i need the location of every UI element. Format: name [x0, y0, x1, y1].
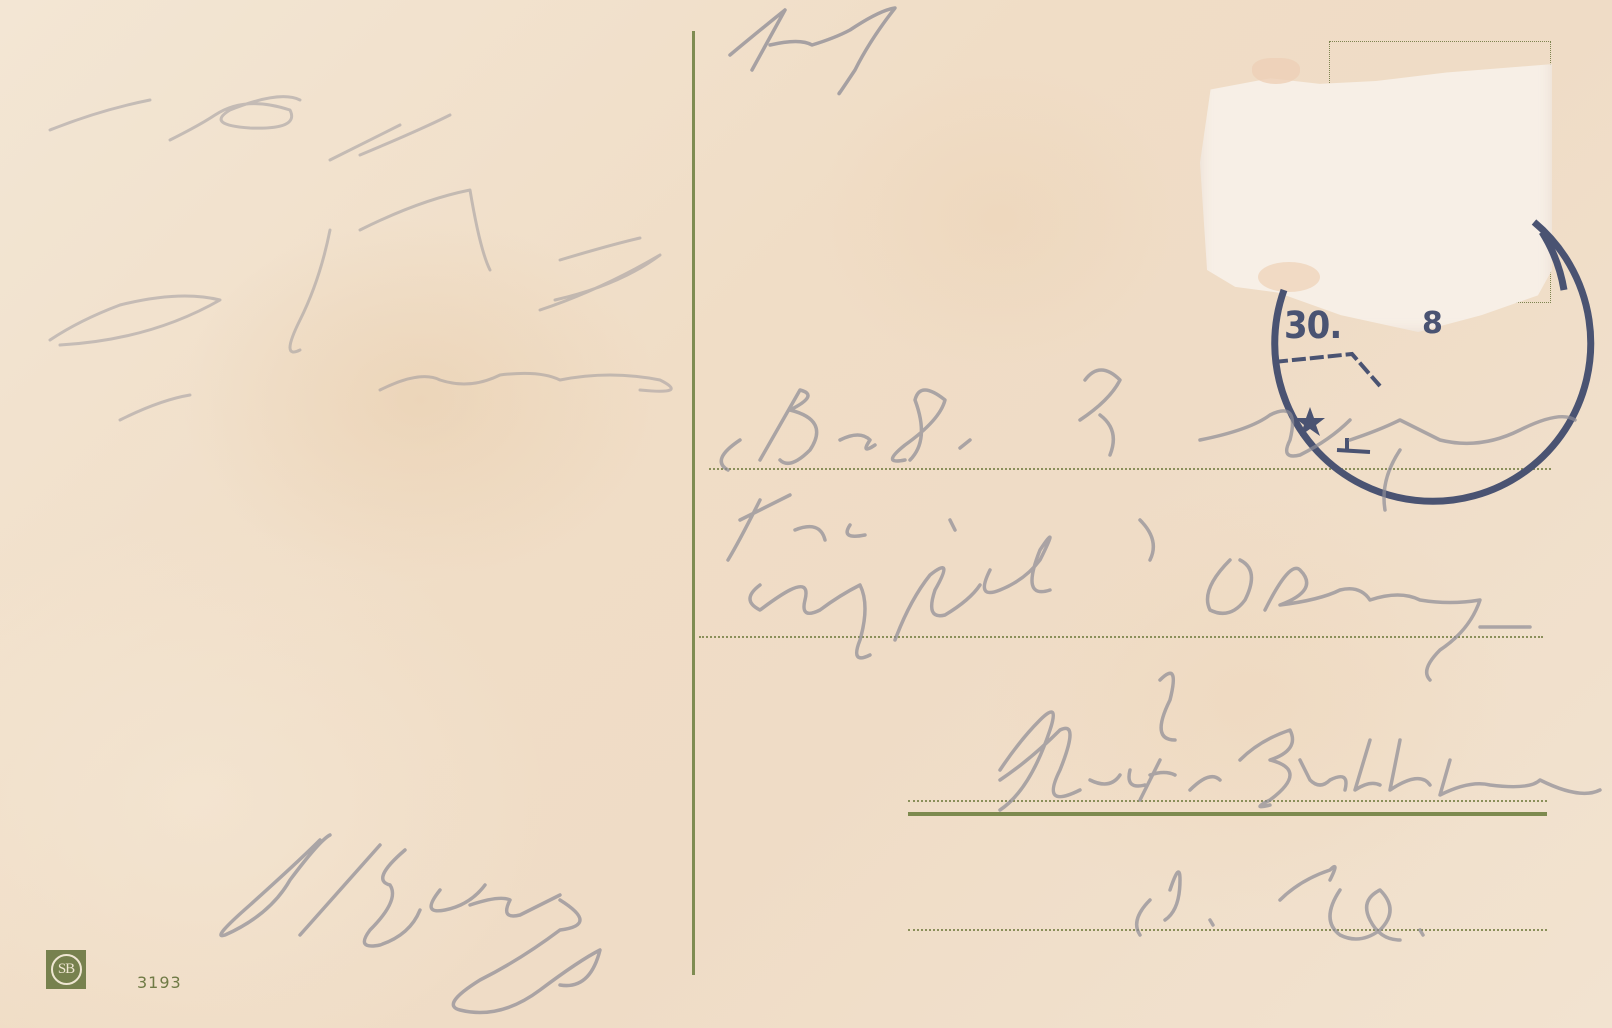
card-number: 3193	[137, 973, 182, 992]
publisher-logo: SB	[46, 950, 86, 989]
address-line-3	[908, 800, 1547, 802]
postcard-back: 30. 8	[0, 0, 1612, 1028]
publisher-logo-text: SB	[58, 961, 74, 978]
address-line-4	[908, 929, 1547, 931]
publisher-logo-ring-icon: SB	[51, 954, 82, 985]
stamp-tear-mark	[1252, 58, 1300, 84]
postmark-date-tail: 8	[1422, 306, 1443, 341]
handwritten-top-note	[730, 8, 895, 94]
address-line-2	[699, 636, 1543, 638]
center-divider-line	[692, 31, 695, 975]
handwritten-signature	[221, 835, 600, 1013]
postmark-date: 30.	[1284, 304, 1341, 348]
handwritten-message	[50, 97, 671, 420]
address-underline-solid	[908, 812, 1547, 816]
